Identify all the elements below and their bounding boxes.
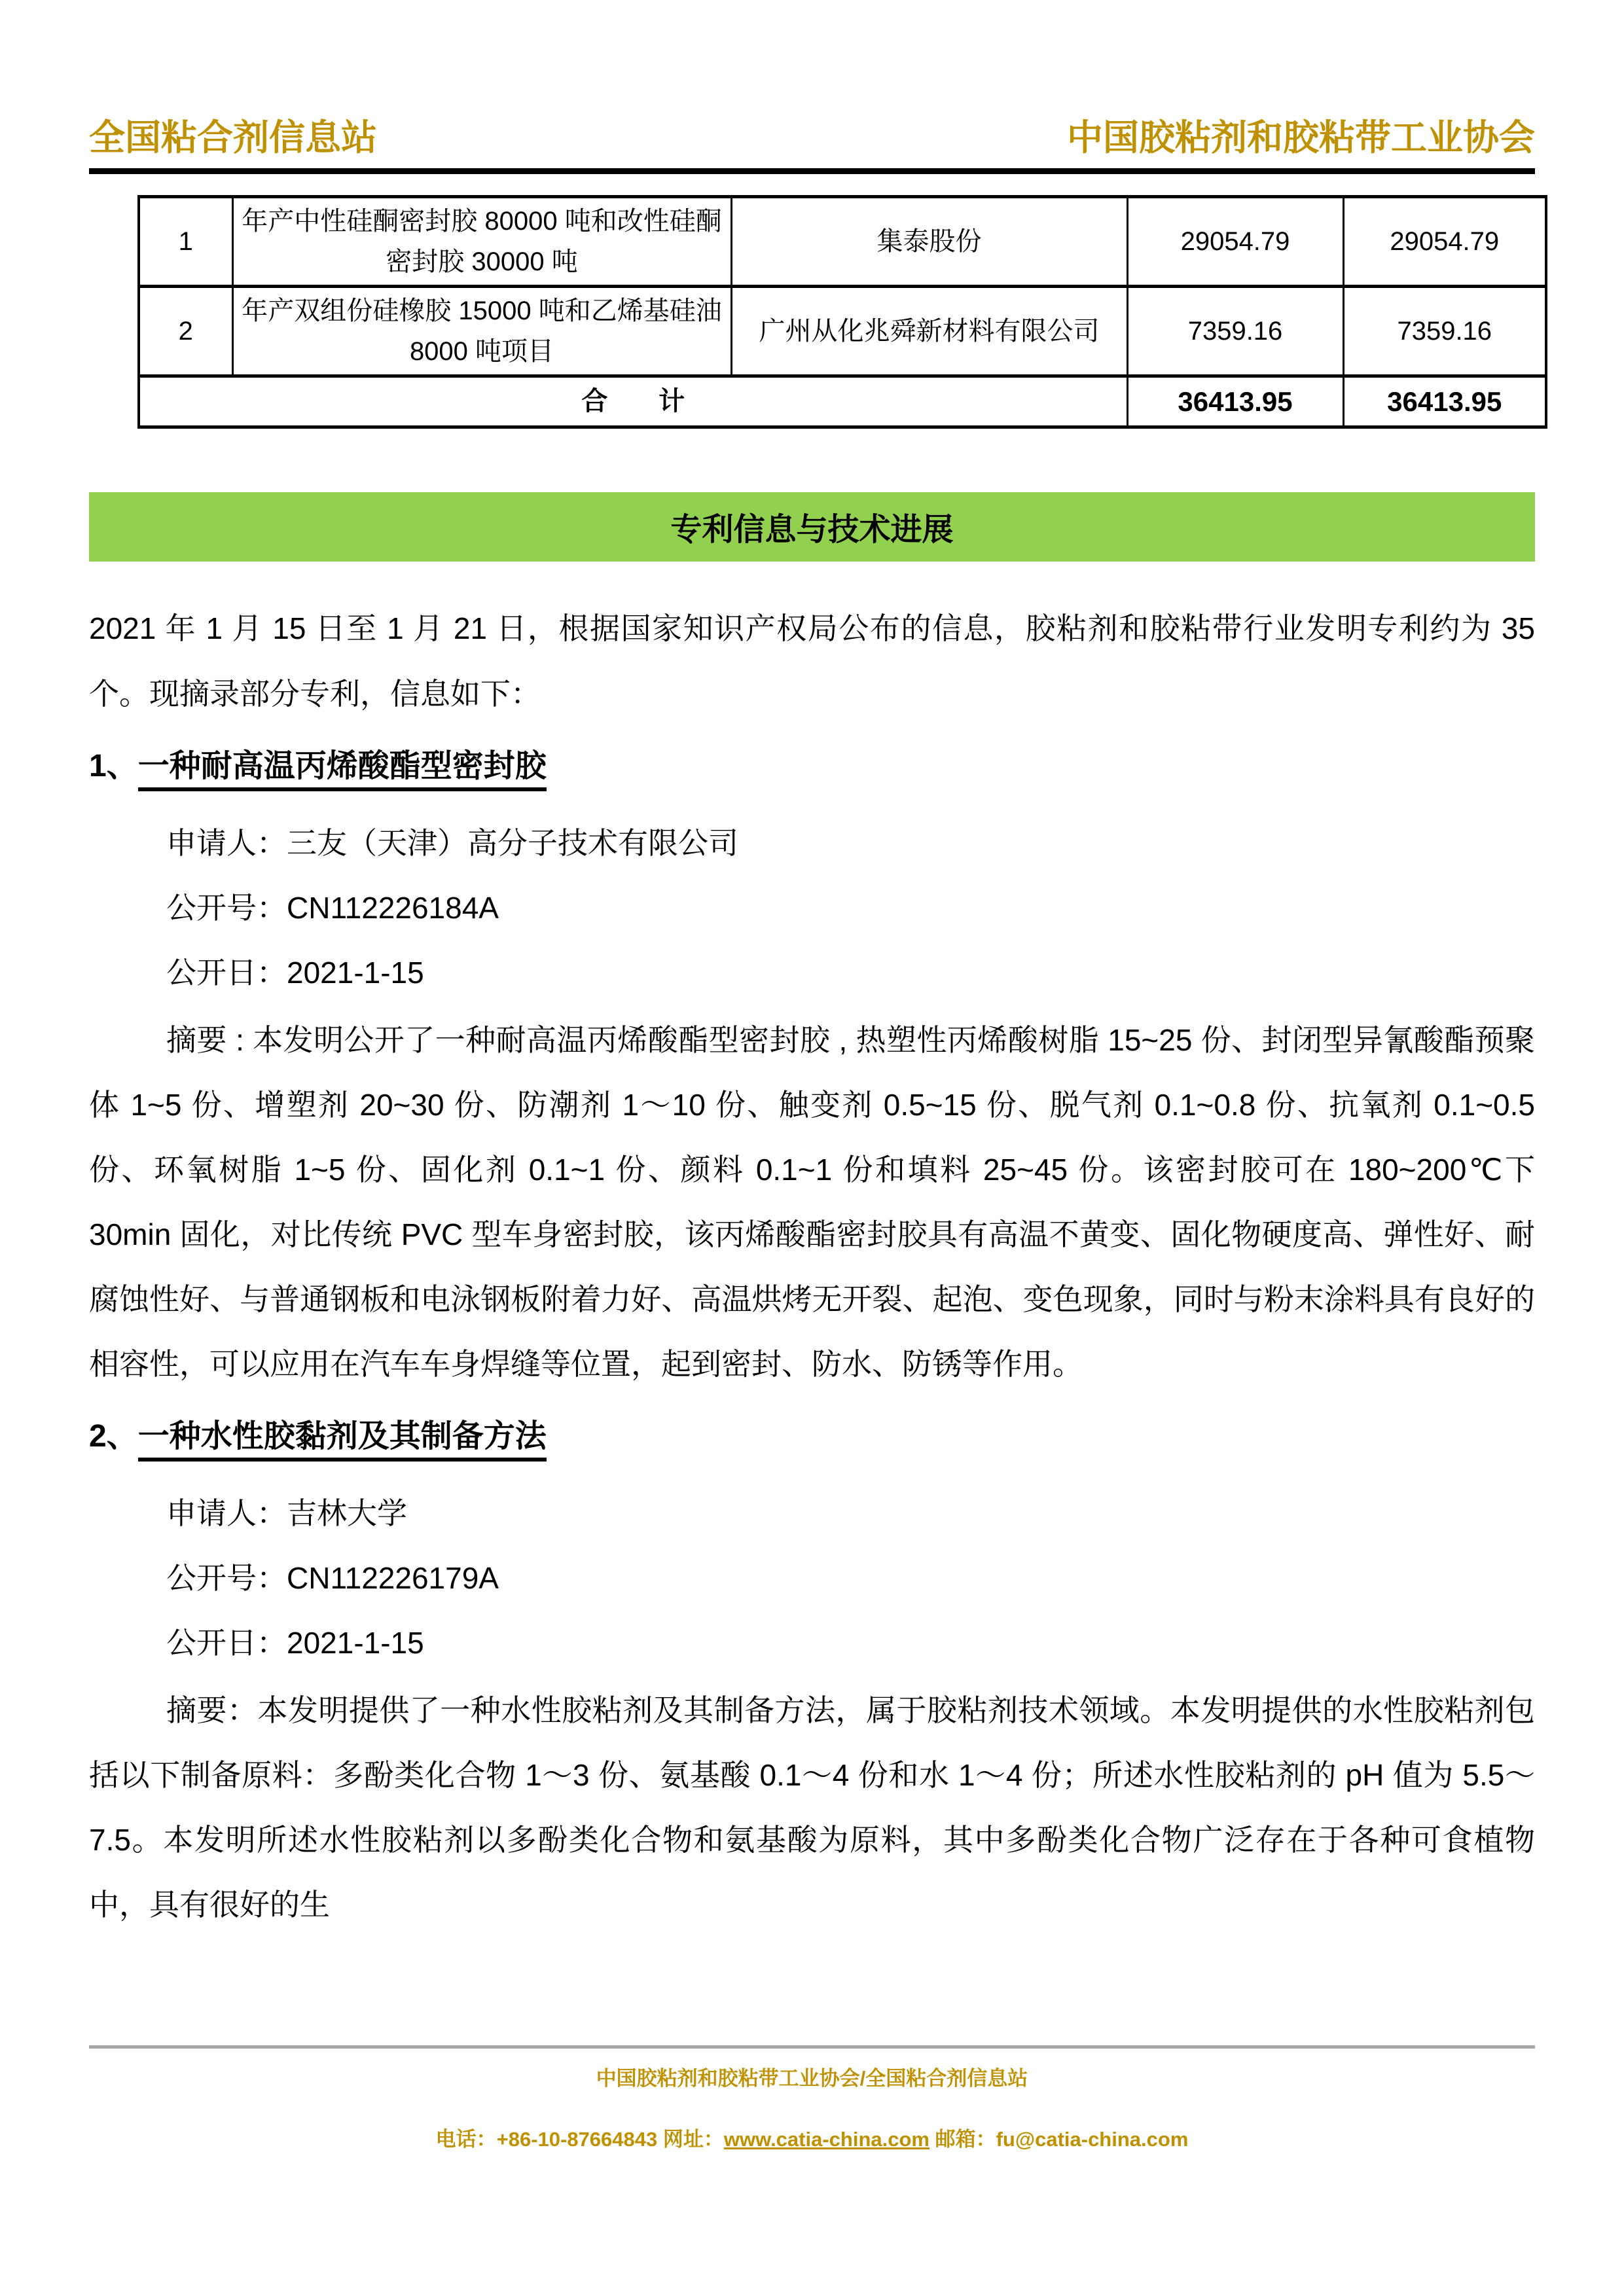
footer-organization: 中国胶粘剂和胶粘带工业协会/全国粘合剂信息站 [89, 2062, 1535, 2091]
header-left-title: 全国粘合剂信息站 [89, 118, 377, 158]
page-footer: 中国胶粘剂和胶粘带工业协会/全国粘合剂信息站 电话：+86-10-8766484… [89, 2045, 1535, 2152]
total-amount-cell: 36413.95 [1343, 376, 1546, 427]
patent-1-publication-number: 公开号：CN112226184A [89, 876, 1535, 941]
patent-1-publication-date: 公开日：2021-1-15 [89, 941, 1535, 1005]
patent-1-heading: 1、一种耐高温丙烯酸酯型密封胶 [89, 744, 1535, 789]
patent-2-heading: 2、一种水性胶黏剂及其制备方法 [89, 1414, 1535, 1460]
row-number-cell: 2 [139, 286, 232, 376]
footer-contact-line: 电话：+86-10-87664843 网址：www.catia-china.co… [89, 2123, 1535, 2152]
patent-1-abstract: 摘要 : 本发明公开了一种耐高温丙烯酸酯型密封胶 , 热塑性丙烯酸树脂 15~2… [89, 1008, 1535, 1397]
projects-table: 1 年产中性硅酮密封胶 80000 吨和改性硅酮密封胶 30000 吨 集泰股份… [137, 195, 1547, 429]
amount-cell: 29054.79 [1127, 196, 1343, 286]
patent-1-title: 一种耐高温丙烯酸酯型密封胶 [138, 749, 547, 791]
page: 全国粘合剂信息站 中国胶粘剂和胶粘带工业协会 1 年产中性硅酮密封胶 80000… [0, 0, 1624, 2296]
total-label-cell: 合 计 [139, 376, 1127, 427]
project-name-cell: 年产中性硅酮密封胶 80000 吨和改性硅酮密封胶 30000 吨 [232, 196, 731, 286]
patent-1-applicant: 申请人：三友（天津）高分子技术有限公司 [89, 811, 1535, 876]
page-header: 全国粘合剂信息站 中国胶粘剂和胶粘带工业协会 [89, 118, 1535, 174]
row-number-cell: 1 [139, 196, 232, 286]
patent-2-publication-date: 公开日：2021-1-15 [89, 1611, 1535, 1676]
amount-cell: 7359.16 [1343, 286, 1546, 376]
patent-2-publication-number: 公开号：CN112226179A [89, 1546, 1535, 1611]
projects-table-wrap: 1 年产中性硅酮密封胶 80000 吨和改性硅酮密封胶 30000 吨 集泰股份… [137, 195, 1535, 429]
patent-2-abstract: 摘要：本发明提供了一种水性胶粘剂及其制备方法，属于胶粘剂技术领域。本发明提供的水… [89, 1678, 1535, 1937]
footer-website-link[interactable]: www.catia-china.com [724, 2128, 929, 2151]
company-cell: 广州从化兆舜新材料有限公司 [731, 286, 1127, 376]
patent-2-applicant: 申请人：吉林大学 [89, 1481, 1535, 1546]
company-cell: 集泰股份 [731, 196, 1127, 286]
header-right-title: 中国胶粘剂和胶粘带工业协会 [1067, 118, 1535, 158]
patent-2-details: 申请人：吉林大学 公开号：CN112226179A 公开日：2021-1-15 [89, 1481, 1535, 1676]
patent-1-details: 申请人：三友（天津）高分子技术有限公司 公开号：CN112226184A 公开日… [89, 811, 1535, 1005]
total-amount-cell: 36413.95 [1127, 376, 1343, 427]
table-row: 1 年产中性硅酮密封胶 80000 吨和改性硅酮密封胶 30000 吨 集泰股份… [139, 196, 1546, 286]
section-banner: 专利信息与技术进展 [89, 492, 1535, 562]
patent-2-number: 2、 [89, 1419, 138, 1454]
footer-contact-suffix: 邮箱：fu@catia-china.com [929, 2128, 1188, 2151]
footer-divider [89, 2045, 1535, 2049]
footer-contact-prefix: 电话：+86-10-87664843 网址： [436, 2128, 724, 2151]
table-total-row: 合 计 36413.95 36413.95 [139, 376, 1546, 427]
patent-1-number: 1、 [89, 749, 138, 783]
patent-2-title: 一种水性胶黏剂及其制备方法 [138, 1419, 547, 1462]
table-row: 2 年产双组份硅橡胶 15000 吨和乙烯基硅油 8000 吨项目 广州从化兆舜… [139, 286, 1546, 376]
amount-cell: 29054.79 [1343, 196, 1546, 286]
project-name-cell: 年产双组份硅橡胶 15000 吨和乙烯基硅油 8000 吨项目 [232, 286, 731, 376]
section-banner-title: 专利信息与技术进展 [670, 504, 953, 549]
amount-cell: 7359.16 [1127, 286, 1343, 376]
intro-paragraph: 2021 年 1 月 15 日至 1 月 21 日，根据国家知识产权局公布的信息… [89, 596, 1535, 726]
